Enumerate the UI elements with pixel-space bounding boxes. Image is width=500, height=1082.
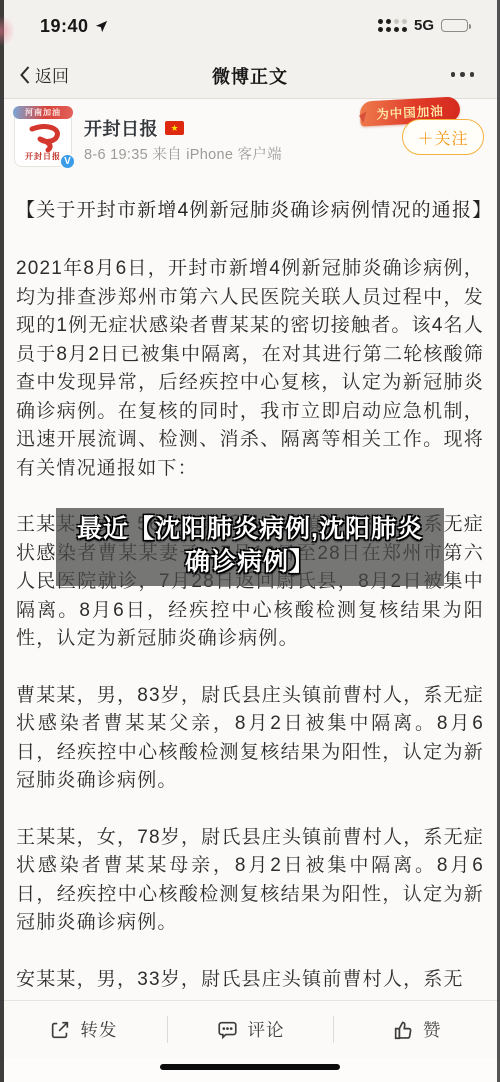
comment-button[interactable]: 评论 <box>167 1001 334 1058</box>
author-row[interactable]: 开封日报 ★ <box>84 115 184 141</box>
post-meta: 8-6 19:35 来自 iPhone 客户端 <box>84 143 282 164</box>
status-bar: 19:40 5G <box>0 0 500 52</box>
repost-button[interactable]: 转发 <box>0 1001 167 1058</box>
home-indicator[interactable] <box>160 1064 340 1070</box>
photo-artifact <box>0 14 14 48</box>
page-title: 微博正文 <box>0 63 500 89</box>
thumbs-up-icon <box>392 1019 414 1041</box>
location-arrow-icon <box>94 19 109 34</box>
china-flag-icon: ★ <box>165 121 184 135</box>
post-paragraph: 2021年8月6日，开封市新增4例新冠肺炎确诊病例，均为排查涉郑州市第六人民医院… <box>16 255 484 483</box>
post-body: 【关于开封市新增4例新冠肺炎确诊病例情况的通报】 2021年8月6日，开封市新增… <box>0 181 500 994</box>
status-indicators: 5G <box>378 17 468 34</box>
post-paragraph: 王某某，女，78岁，尉氏县庄头镇前曹村人，系无症状感染者曹某某母亲，8月2日被集… <box>16 824 484 938</box>
status-time: 19:40 <box>40 16 109 37</box>
network-type-label: 5G <box>414 17 434 34</box>
nav-bar: 返回 微博正文 <box>0 52 500 99</box>
verified-badge-icon: V <box>59 153 76 170</box>
repost-icon <box>49 1019 71 1041</box>
like-label: 赞 <box>423 1017 442 1042</box>
photo-edge-left <box>0 0 4 1082</box>
follow-button[interactable]: ＋关注 <box>402 119 484 155</box>
post-title: 【关于开封市新增4例新冠肺炎确诊病例情况的通报】 <box>16 197 484 225</box>
post-header: 河南加油 开封日报 V 开封日报 ★ 8-6 19:35 来自 iPhone 客… <box>0 99 500 181</box>
battery-icon <box>441 19 468 32</box>
signal-icon <box>378 19 407 32</box>
phone-screen: 19:40 5G 返回 微博正文 河南加油 <box>0 0 500 1082</box>
comment-icon <box>216 1019 239 1041</box>
home-area <box>0 1058 500 1082</box>
post-paragraph: 安某某，男，33岁，尉氏县庄头镇前曹村人，系无 <box>16 966 484 995</box>
post-paragraph: 曹某某，男，83岁，尉氏县庄头镇前曹村人，系无症状感染者曹某某父亲，8月2日被集… <box>16 682 484 796</box>
watermark-overlay: 最近【沈阳肺炎病例,沈阳肺炎确诊病例】 <box>56 508 444 586</box>
action-bar: 转发 评论 赞 <box>0 1000 500 1058</box>
like-button[interactable]: 赞 <box>333 1001 500 1058</box>
repost-label: 转发 <box>80 1017 117 1042</box>
more-options-button[interactable] <box>451 72 475 77</box>
author-name[interactable]: 开封日报 <box>84 115 158 141</box>
status-time-label: 19:40 <box>40 16 89 37</box>
avatar[interactable]: 河南加油 开封日报 V <box>14 109 72 167</box>
avatar-banner: 河南加油 <box>13 106 73 119</box>
comment-label: 评论 <box>248 1017 285 1042</box>
